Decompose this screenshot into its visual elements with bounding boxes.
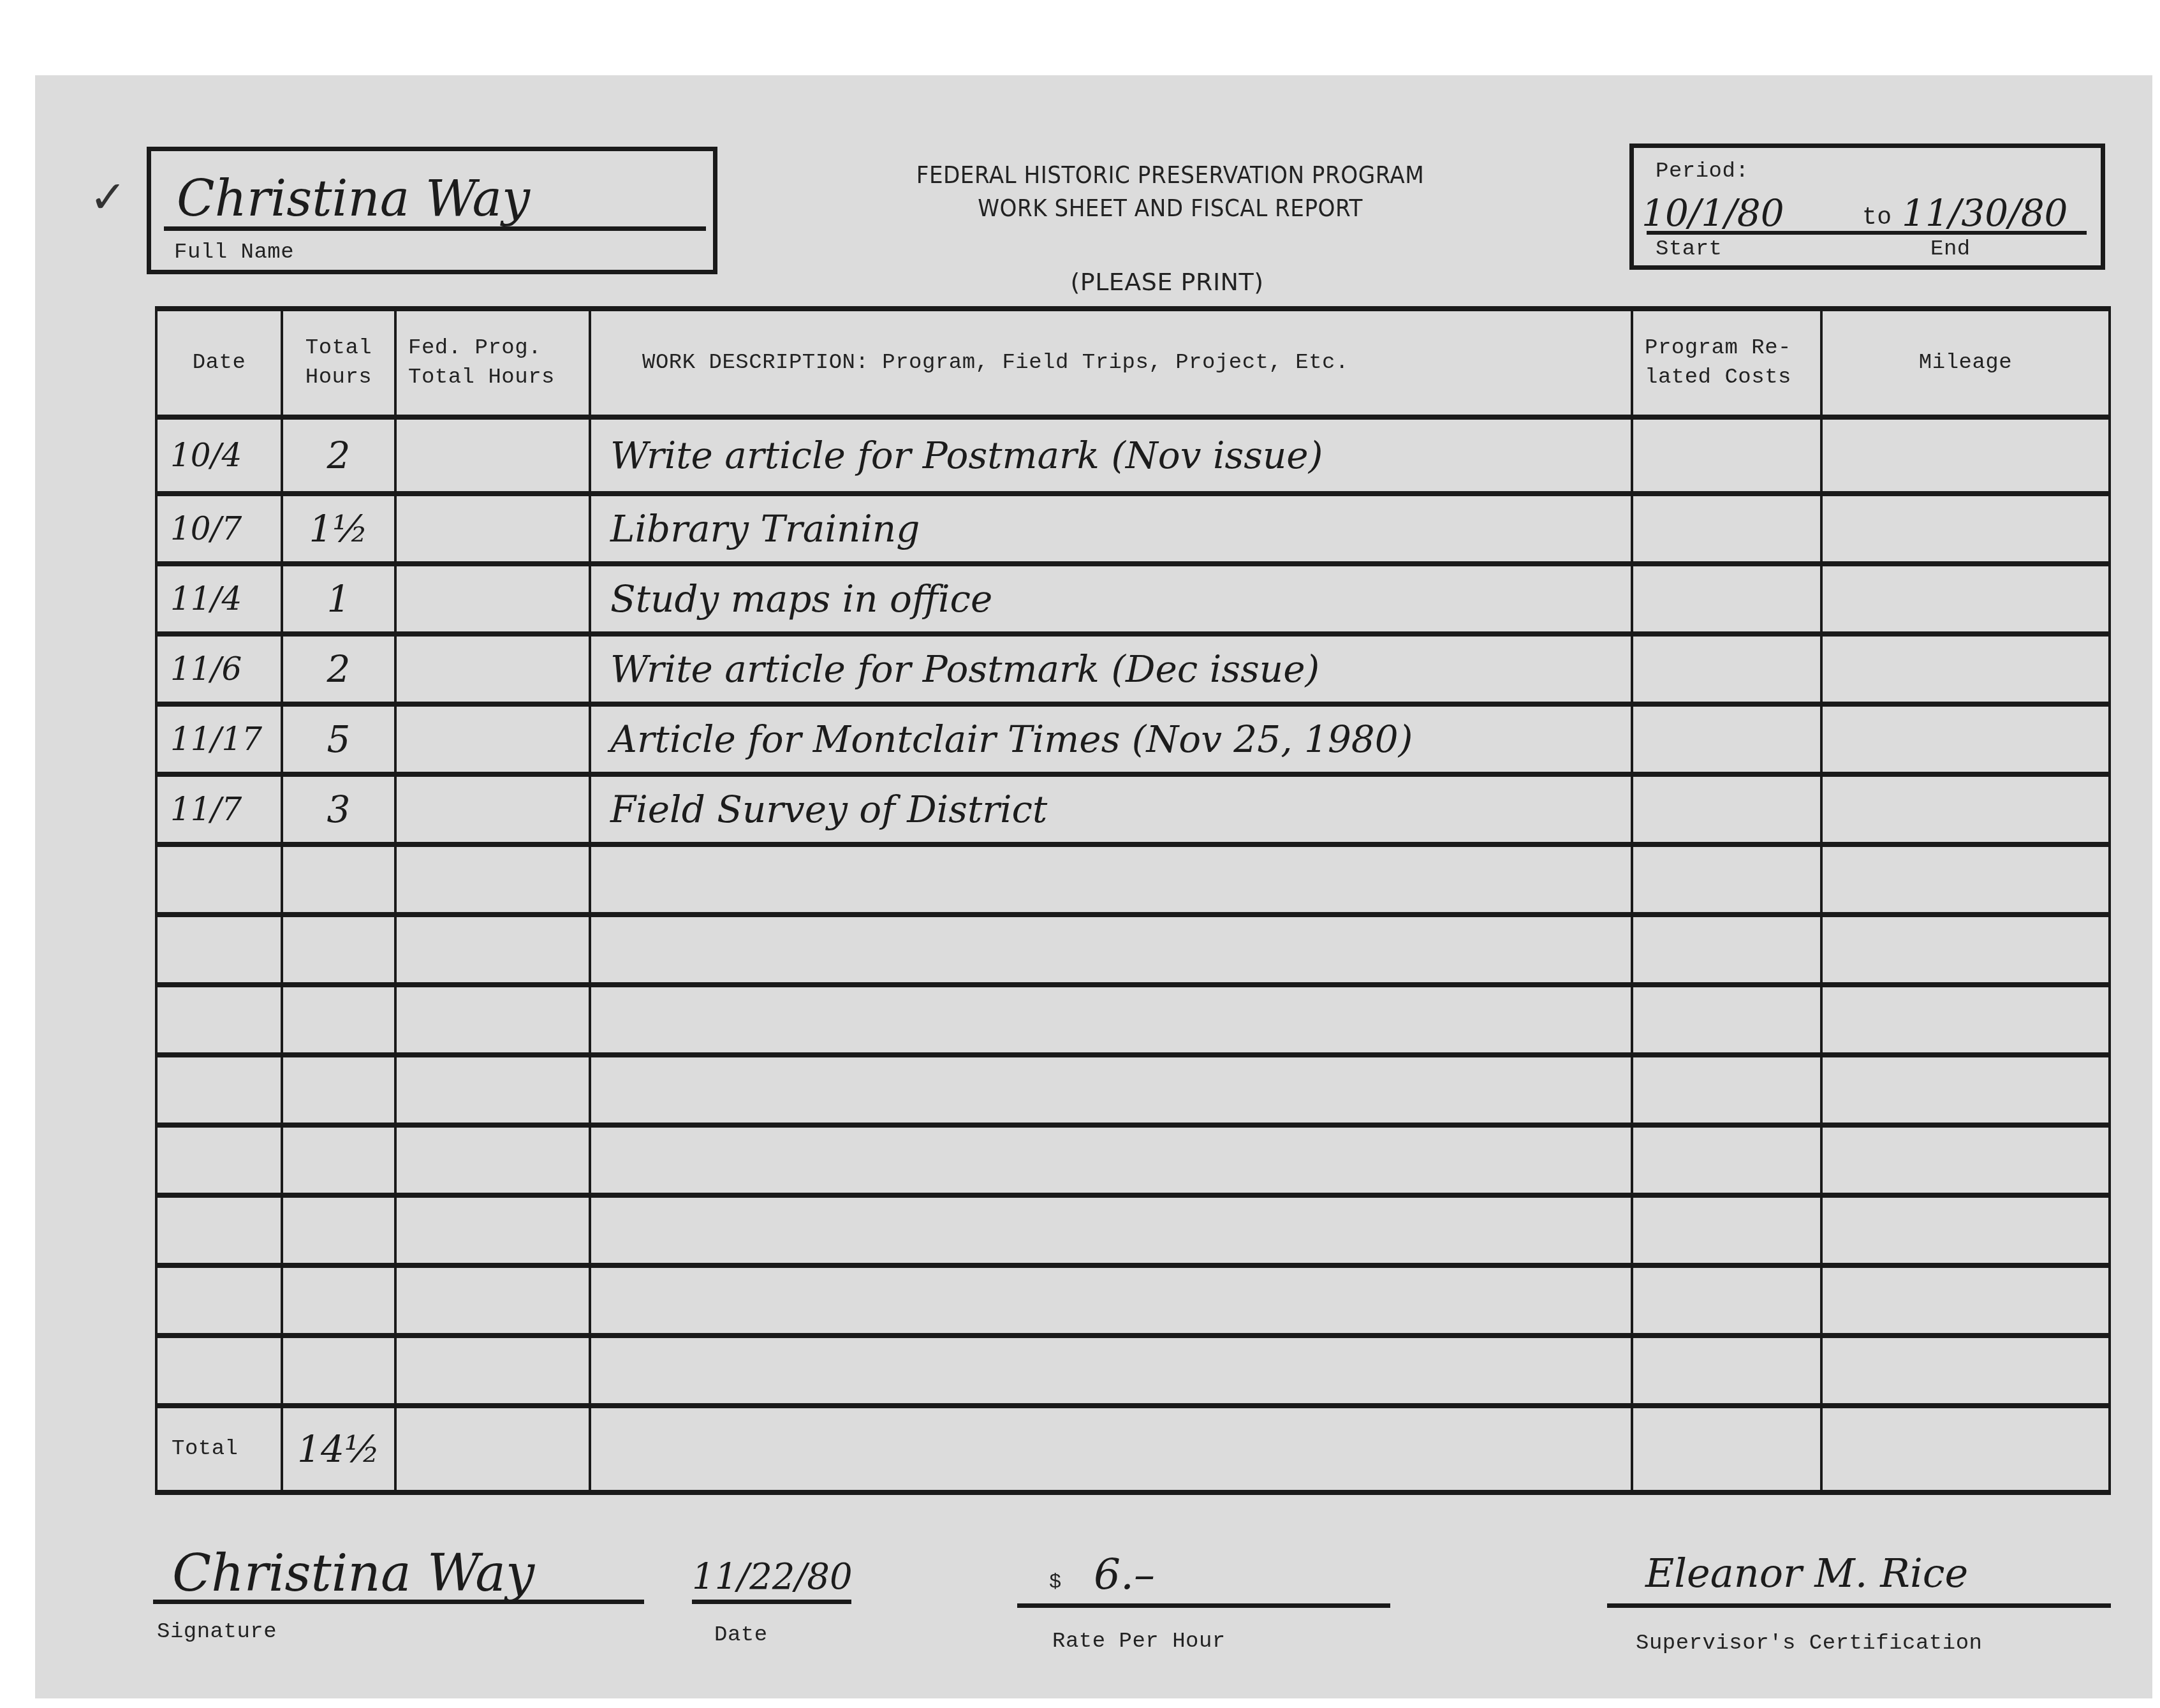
signed-date-underline [692,1600,851,1604]
header-program-costs-line2: lated Costs [1645,363,1820,392]
total-fed-prog-hours[interactable] [395,1406,590,1492]
header-work-description-label: WORK DESCRIPTION: Program, Field Trips, … [642,351,1349,375]
cell-date[interactable]: 11/6 [156,634,282,704]
rate-per-hour-value[interactable]: 6.– [1094,1550,1155,1599]
header-total-hours: TotalHours [282,309,395,417]
table-row [156,1195,2110,1265]
cell-program-costs[interactable] [1632,417,1821,494]
rate-currency-symbol: $ [1049,1570,1062,1594]
cell-description[interactable] [590,1125,1632,1195]
header-work-description: WORK DESCRIPTION: Program, Field Trips, … [590,309,1632,417]
cell-program-costs[interactable] [1632,564,1821,634]
check-mark-icon: ✓ [89,171,127,223]
cell-description[interactable] [590,844,1632,915]
cell-date[interactable] [156,1336,282,1406]
cell-mileage[interactable] [1821,1125,2110,1195]
period-start-label: Start [1656,237,1723,261]
cell-total-hours[interactable] [282,1265,395,1336]
header-program-costs-line1: Program Re- [1645,334,1820,363]
rate-underline [1017,1603,1390,1608]
total-mileage[interactable] [1821,1406,2110,1492]
cell-mileage[interactable] [1821,915,2110,985]
cell-description[interactable]: Article for Montclair Times (Nov 25, 198… [590,704,1632,774]
cell-description[interactable] [590,1265,1632,1336]
cell-total-hours[interactable] [282,1336,395,1406]
form-title: FEDERAL HISTORIC PRESERVATION PROGRAM WO… [797,158,1543,225]
period-end-label: End [1930,237,1971,261]
header-total-hours-line2: Hours [283,363,394,392]
cell-mileage[interactable] [1821,1265,2110,1336]
cell-fed-prog-hours[interactable] [395,1055,590,1125]
cell-description[interactable]: Study maps in office [590,564,1632,634]
cell-description[interactable] [590,1055,1632,1125]
cell-date[interactable]: 11/17 [156,704,282,774]
cell-total-hours[interactable] [282,1125,395,1195]
cell-description[interactable]: Write article for Postmark (Nov issue) [590,417,1632,494]
cell-description[interactable]: Library Training [590,494,1632,564]
period-label: Period: [1656,159,1749,184]
total-program-costs[interactable] [1632,1406,1821,1492]
please-print-note: (PLEASE PRINT) [988,268,1346,296]
cell-program-costs[interactable] [1632,774,1821,844]
header-fed-prog-line2: Total Hours [408,363,589,392]
total-row: Total 14½ [156,1406,2110,1492]
cell-mileage[interactable] [1821,1055,2110,1125]
period-start-value[interactable]: 10/1/80 [1642,191,1784,235]
signature-value[interactable]: Christina Way [172,1543,534,1603]
table-row: 11/17 5 Article for Montclair Times (Nov… [156,704,2110,774]
supervisor-certification-label: Supervisor's Certification [1636,1631,1983,1656]
cell-mileage[interactable] [1821,985,2110,1055]
cell-date[interactable] [156,1125,282,1195]
cell-fed-prog-hours[interactable] [395,1336,590,1406]
total-description-blank [590,1406,1632,1492]
cell-mileage[interactable] [1821,634,2110,704]
total-hours-value[interactable]: 14½ [282,1406,395,1492]
cell-program-costs[interactable] [1632,985,1821,1055]
cell-fed-prog-hours[interactable] [395,494,590,564]
cell-date[interactable]: 10/4 [156,417,282,494]
cell-program-costs[interactable] [1632,1265,1821,1336]
table-row [156,1336,2110,1406]
cell-date[interactable]: 11/7 [156,774,282,844]
cell-total-hours[interactable] [282,985,395,1055]
cell-mileage[interactable] [1821,774,2110,844]
table-row: 11/6 2 Write article for Postmark (Dec i… [156,634,2110,704]
header-total-hours-line1: Total [283,334,394,363]
cell-mileage[interactable] [1821,704,2110,774]
supervisor-underline [1607,1603,2111,1608]
cell-total-hours[interactable]: 2 [282,634,395,704]
header-program-costs: Program Re-lated Costs [1632,309,1821,417]
cell-program-costs[interactable] [1632,844,1821,915]
cell-fed-prog-hours[interactable] [395,564,590,634]
full-name-box: Christina Way Full Name [147,147,717,274]
full-name-label: Full Name [174,240,294,265]
form-title-line2: WORK SHEET AND FISCAL REPORT [797,191,1543,225]
cell-program-costs[interactable] [1632,494,1821,564]
supervisor-signature-value[interactable]: Eleanor M. Rice [1645,1550,1968,1596]
rate-per-hour-label: Rate Per Hour [1052,1630,1226,1654]
cell-fed-prog-hours[interactable] [395,634,590,704]
cell-fed-prog-hours[interactable] [395,1265,590,1336]
cell-date[interactable] [156,915,282,985]
table-row [156,844,2110,915]
cell-fed-prog-hours[interactable] [395,844,590,915]
period-end-value[interactable]: 11/30/80 [1902,191,2068,235]
cell-mileage[interactable] [1821,1336,2110,1406]
cell-total-hours[interactable] [282,1055,395,1125]
cell-description[interactable]: Field Survey of District [590,774,1632,844]
cell-description[interactable] [590,985,1632,1055]
cell-fed-prog-hours[interactable] [395,1195,590,1265]
cell-mileage[interactable] [1821,1195,2110,1265]
cell-date[interactable] [156,1265,282,1336]
table-row [156,1055,2110,1125]
cell-fed-prog-hours[interactable] [395,774,590,844]
cell-date[interactable]: 10/7 [156,494,282,564]
header-fed-prog-hours: Fed. Prog.Total Hours [395,309,590,417]
cell-date[interactable] [156,1195,282,1265]
cell-fed-prog-hours[interactable] [395,1125,590,1195]
table-row: 11/7 3 Field Survey of District [156,774,2110,844]
period-underline [1647,231,2087,235]
total-label: Total [156,1406,282,1492]
table-row: 10/4 2 Write article for Postmark (Nov i… [156,417,2110,494]
cell-total-hours[interactable]: 2 [282,417,395,494]
table-header-row: Date TotalHours Fed. Prog.Total Hours WO… [156,309,2110,417]
cell-fed-prog-hours[interactable] [395,417,590,494]
header-mileage-label: Mileage [1919,351,2012,375]
cell-date[interactable] [156,985,282,1055]
cell-mileage[interactable] [1821,494,2110,564]
cell-mileage[interactable] [1821,417,2110,494]
table-row [156,915,2110,985]
table-row: 11/4 1 Study maps in office [156,564,2110,634]
cell-fed-prog-hours[interactable] [395,704,590,774]
cell-fed-prog-hours[interactable] [395,915,590,985]
table-row [156,1265,2110,1336]
header-mileage: Mileage [1821,309,2110,417]
cell-total-hours[interactable]: 1 [282,564,395,634]
table-row [156,985,2110,1055]
table-row [156,1125,2110,1195]
cell-date[interactable] [156,1055,282,1125]
cell-program-costs[interactable] [1632,1125,1821,1195]
header-date-label: Date [193,351,246,375]
cell-mileage[interactable] [1821,564,2110,634]
cell-total-hours[interactable]: 1½ [282,494,395,564]
cell-program-costs[interactable] [1632,1055,1821,1125]
header-fed-prog-line1: Fed. Prog. [408,334,589,363]
full-name-underline [164,226,706,231]
cell-total-hours[interactable]: 5 [282,704,395,774]
cell-total-hours[interactable] [282,915,395,985]
cell-total-hours[interactable] [282,844,395,915]
cell-date[interactable] [156,844,282,915]
signed-date-label: Date [714,1623,768,1647]
period-box: Period: 10/1/80 to 11/30/80 Start End [1629,144,2105,270]
cell-date[interactable]: 11/4 [156,564,282,634]
full-name-value[interactable]: Christina Way [177,170,530,228]
table-row: 10/7 1½ Library Training [156,494,2110,564]
cell-program-costs[interactable] [1632,915,1821,985]
cell-program-costs[interactable] [1632,704,1821,774]
form-title-line1: FEDERAL HISTORIC PRESERVATION PROGRAM [797,158,1543,191]
cell-total-hours[interactable] [282,1195,395,1265]
cell-description[interactable] [590,915,1632,985]
header-date: Date [156,309,282,417]
work-log-table: Date TotalHours Fed. Prog.Total Hours WO… [155,306,2111,1495]
cell-description[interactable] [590,1336,1632,1406]
cell-program-costs[interactable] [1632,634,1821,704]
signature-underline [153,1600,644,1604]
cell-total-hours[interactable]: 3 [282,774,395,844]
signature-label: Signature [157,1620,277,1644]
cell-mileage[interactable] [1821,844,2110,915]
cell-program-costs[interactable] [1632,1336,1821,1406]
cell-fed-prog-hours[interactable] [395,985,590,1055]
cell-description[interactable] [590,1195,1632,1265]
signed-date-value[interactable]: 11/22/80 [692,1556,853,1598]
cell-program-costs[interactable] [1632,1195,1821,1265]
period-to-label: to [1862,204,1892,232]
cell-description[interactable]: Write article for Postmark (Dec issue) [590,634,1632,704]
